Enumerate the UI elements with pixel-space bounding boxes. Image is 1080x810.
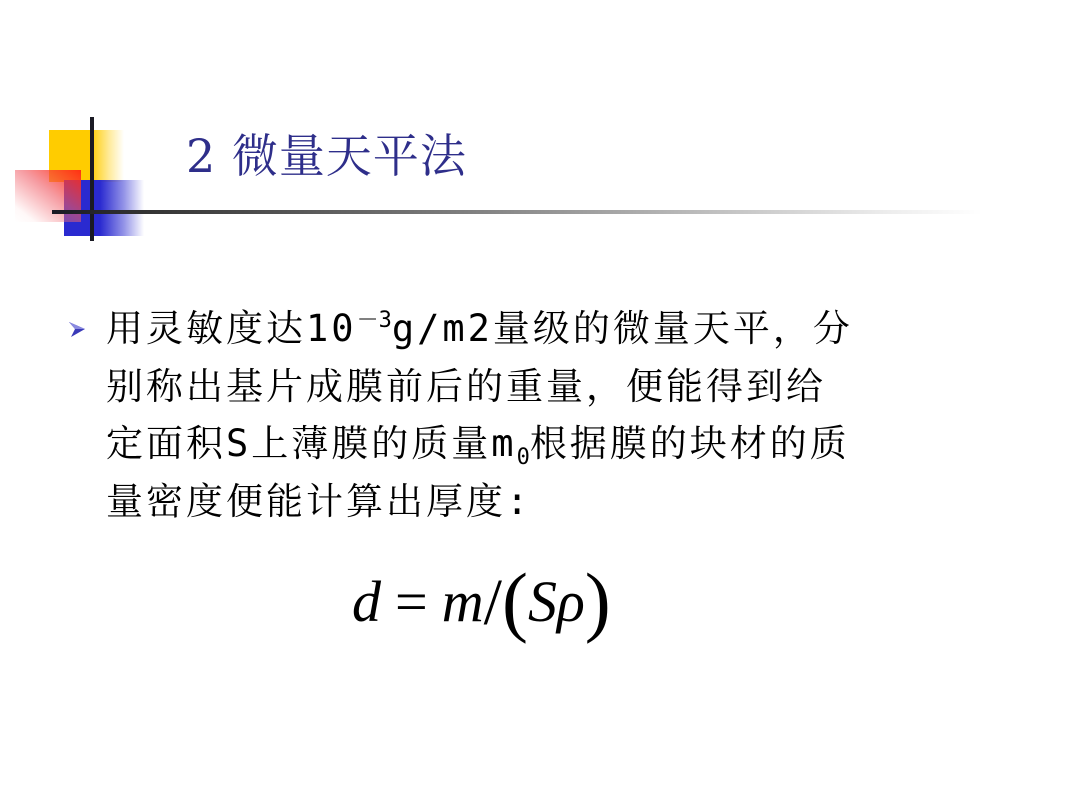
title-underline-divider xyxy=(52,210,982,214)
formula-slash: / xyxy=(484,566,502,639)
formula-s: S xyxy=(528,569,557,634)
slide: 2 微量天平法 用灵敏度达10－3g/m2量级的微量天平，分 别称出基片成膜前后… xyxy=(0,0,1080,810)
line-4-text: 量密度便能计算出厚度: xyxy=(106,480,531,523)
subscript: 0 xyxy=(517,445,530,470)
bullet-line-3: 定面积S上薄膜的质量m0根据膜的块材的质 xyxy=(106,415,1006,473)
bullet-paragraph: 用灵敏度达10－3g/m2量级的微量天平，分 别称出基片成膜前后的重量，便能得到… xyxy=(106,300,1006,530)
exponent: －3 xyxy=(357,308,392,333)
thickness-formula: d=m/(Sρ) xyxy=(352,562,611,642)
line-3-text-cont: 根据膜的块材的质 xyxy=(530,422,850,465)
logo-vertical-line xyxy=(90,117,94,241)
bullet-line-4: 量密度便能计算出厚度: xyxy=(106,473,1006,531)
formula-close-paren: ) xyxy=(585,557,611,644)
line-1-text-cont: g/m2量级的微量天平，分 xyxy=(392,307,853,350)
formula-d: d xyxy=(352,569,381,634)
formula-open-paren: ( xyxy=(502,557,528,644)
formula-equals: = xyxy=(395,569,428,634)
bullet-line-1: 用灵敏度达10－3g/m2量级的微量天平，分 xyxy=(106,300,1006,358)
line-3-text: 定面积S上薄膜的质量m xyxy=(106,422,517,465)
slide-title: 2 微量天平法 xyxy=(186,124,467,188)
arrow-bullet-icon xyxy=(68,320,86,338)
formula-rho: ρ xyxy=(557,569,585,634)
bullet-line-2: 别称出基片成膜前后的重量，便能得到给 xyxy=(106,358,1006,416)
logo-red-square xyxy=(15,170,81,222)
line-1-text: 用灵敏度达10 xyxy=(106,307,357,350)
line-2-text: 别称出基片成膜前后的重量，便能得到给 xyxy=(106,365,826,408)
formula-m: m xyxy=(442,569,484,634)
